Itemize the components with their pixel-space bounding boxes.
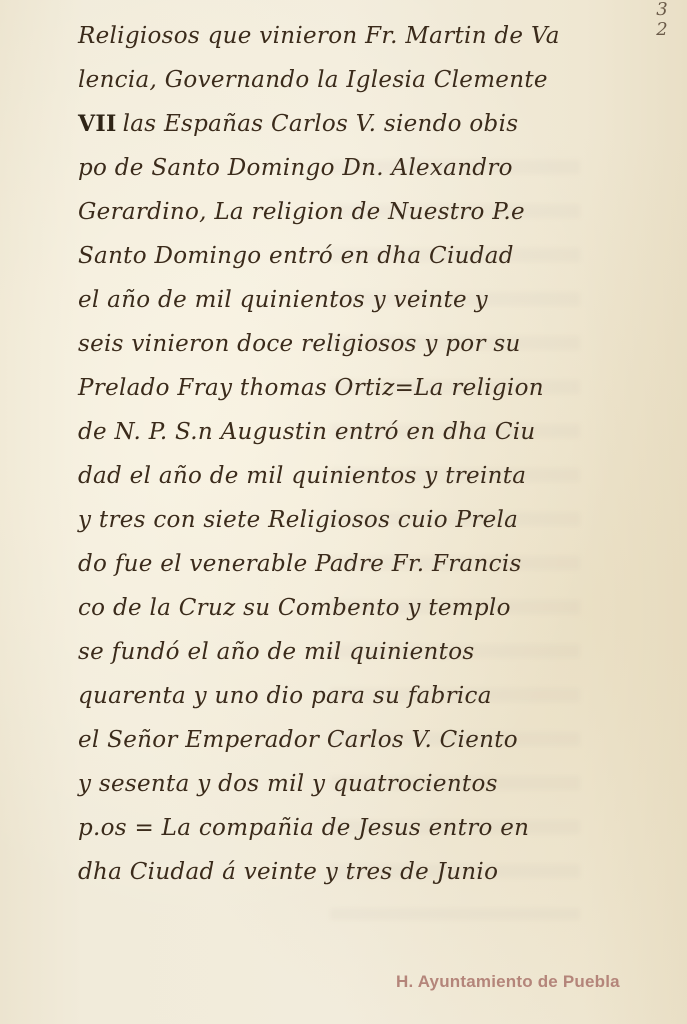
text-line-2: lencia, Governando la Iglesia Clemente [78, 58, 578, 102]
text-line-15: se fundó el año de mil quinientos [78, 630, 578, 674]
text-line-19: p.os = La compañia de Jesus entro en [78, 806, 578, 850]
margin-roman-numeral: VII [78, 111, 117, 137]
text-line-13: do fue el venerable Padre Fr. Francis [78, 542, 578, 586]
text-line-20: dha Ciudad á veinte y tres de Junio [78, 850, 578, 894]
text-line-17: el Señor Emperador Carlos V. Ciento [78, 718, 578, 762]
text-line-9: Prelado Fray thomas Ortiz=La religion [78, 366, 578, 410]
text-line-14: co de la Cruz su Combento y templo [78, 586, 578, 630]
folio-digit-top: 3 [647, 0, 677, 20]
text-line-1: Religiosos que vinieron Fr. Martin de Va [78, 14, 578, 58]
text-line-8: seis vinieron doce religiosos y por su [78, 322, 578, 366]
text-line-11: dad el año de mil quinientos y treinta [78, 454, 578, 498]
folio-number: 3 2 [647, 0, 677, 40]
text-line-6: Santo Domingo entró en dha Ciudad [78, 234, 578, 278]
folio-digit-bottom: 2 [647, 20, 677, 40]
handwritten-text-block: Religiosos que vinieron Fr. Martin de Va… [78, 14, 578, 894]
text-line-10: de N. P. S.n Augustin entró en dha Ciu [78, 410, 578, 454]
text-line-3-body: las Españas Carlos V. siendo obis [123, 111, 519, 137]
text-line-5: Gerardino, La religion de Nuestro P.e [78, 190, 578, 234]
text-line-3: VIIlas Españas Carlos V. siendo obis [78, 102, 578, 146]
text-line-16: quarenta y uno dio para su fabrica [78, 674, 578, 718]
text-line-7: el año de mil quinientos y veinte y [78, 278, 578, 322]
text-line-12: y tres con siete Religiosos cuio Prela [78, 498, 578, 542]
archive-watermark: H. Ayuntamiento de Puebla [396, 972, 620, 992]
text-line-18: y sesenta y dos mil y quatrocientos [78, 762, 578, 806]
text-line-4: po de Santo Domingo Dn. Alexandro [78, 146, 578, 190]
manuscript-page: 3 2 Religiosos que vinieron Fr. Martin d… [0, 0, 687, 1024]
